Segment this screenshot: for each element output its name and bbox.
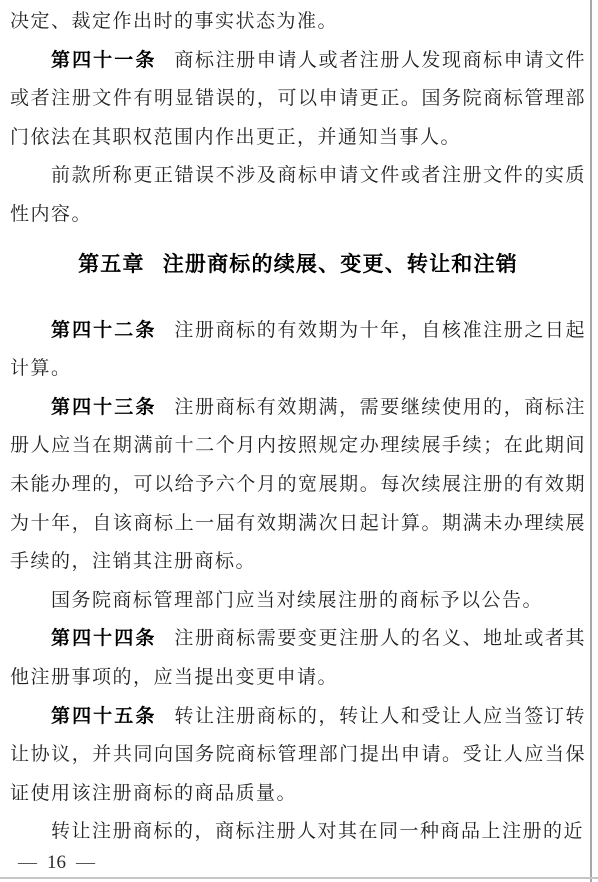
article-paragraph: 第四十三条注册商标有效期满，需要继续使用的，商标注册人应当在期满前十二个月内按照… [10, 389, 586, 582]
footer-dash-right: — [76, 852, 95, 874]
paragraph: 前款所称更正错误不涉及商标申请文件或者注册文件的实质性内容。 [10, 157, 586, 234]
paragraph-text: 前款所称更正错误不涉及商标申请文件或者注册文件的实质性内容。 [10, 165, 586, 225]
paragraph: 转让注册商标的，商标注册人对其在同一种商品上注册的近 [10, 813, 586, 852]
paragraph-text: 决定、裁定作出时的事实状态为准。 [10, 11, 338, 32]
page-footer: — 16 — [18, 852, 95, 874]
chapter-heading: 第五章注册商标的续展、变更、转让和注销 [10, 235, 586, 312]
article-paragraph: 第四十二条注册商标的有效期为十年，自核准注册之日起计算。 [10, 312, 586, 389]
paragraph-text: 转让注册商标的，商标注册人对其在同一种商品上注册的近 [51, 821, 584, 842]
paragraph-text: 注册商标有效期满，需要继续使用的，商标注册人应当在期满前十二个月内按照规定办理续… [10, 397, 586, 572]
chapter-title: 注册商标的续展、变更、转让和注销 [163, 252, 518, 276]
article-number: 第四十二条 [51, 320, 156, 341]
article-number: 第四十五条 [51, 706, 156, 727]
chapter-number: 第五章 [78, 252, 145, 276]
page-bottom-border [0, 877, 598, 879]
paragraph: 决定、裁定作出时的事实状态为准。 [10, 3, 586, 42]
document-content: 决定、裁定作出时的事实状态为准。第四十一条商标注册申请人或者注册人发现商标申请文… [10, 3, 586, 852]
page-right-border [590, 0, 592, 882]
article-number: 第四十四条 [51, 628, 156, 649]
document-page: 决定、裁定作出时的事实状态为准。第四十一条商标注册申请人或者注册人发现商标申请文… [0, 0, 598, 882]
article-paragraph: 第四十四条注册商标需要变更注册人的名义、地址或者其他注册事项的，应当提出变更申请… [10, 620, 586, 697]
article-number: 第四十三条 [51, 397, 156, 418]
paragraph: 国务院商标管理部门应当对续展注册的商标予以公告。 [10, 582, 586, 621]
footer-dash-left: — [18, 852, 37, 874]
article-paragraph: 第四十一条商标注册申请人或者注册人发现商标申请文件或者注册文件有明显错误的，可以… [10, 42, 586, 158]
paragraph-text: 国务院商标管理部门应当对续展注册的商标予以公告。 [51, 590, 543, 611]
page-number: 16 [47, 852, 66, 874]
article-number: 第四十一条 [51, 50, 156, 71]
article-paragraph: 第四十五条转让注册商标的，转让人和受让人应当签订转让协议，并共同向国务院商标管理… [10, 698, 586, 814]
